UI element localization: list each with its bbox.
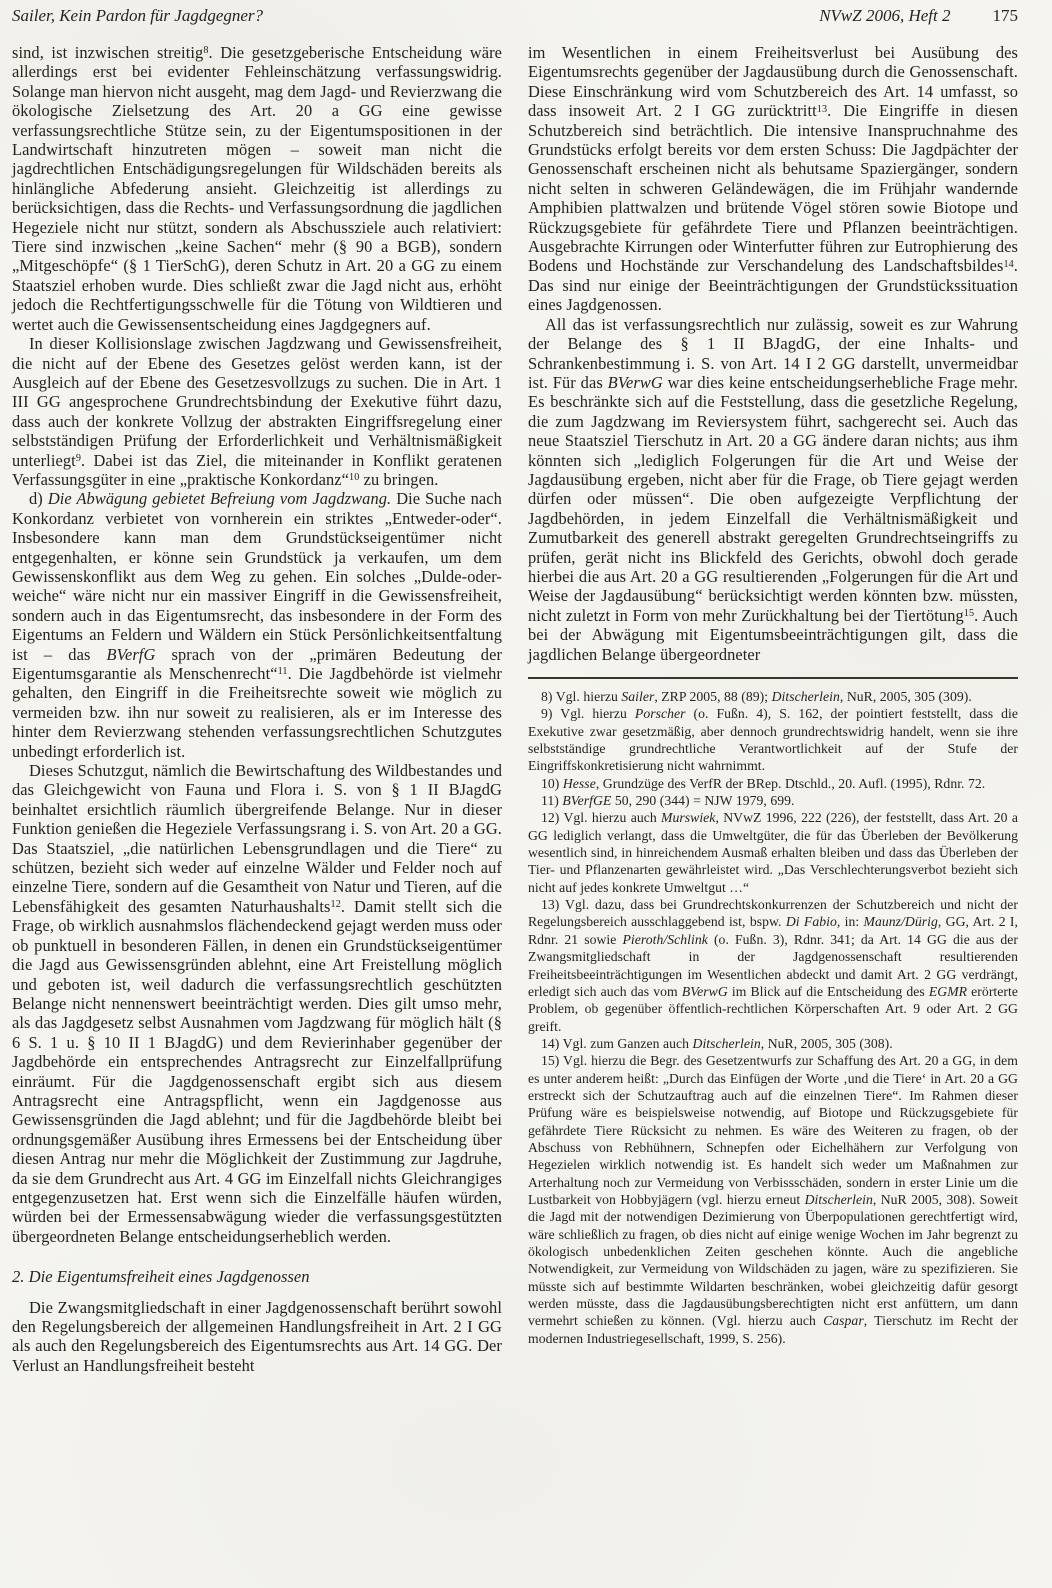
footnote-ref: 14 (1003, 259, 1013, 270)
running-title: Sailer, Kein Pardon für Jagdgegner? (12, 5, 263, 27)
section-heading: 2. Die Eigentumsfreiheit eines Jagdgenos… (12, 1267, 502, 1286)
footnote-ref: 13 (817, 104, 827, 115)
footnote-ref: 15 (964, 608, 974, 619)
footnote-ref: 10 (349, 472, 359, 483)
journal-page: Sailer, Kein Pardon für Jagdgegner? NVwZ… (0, 0, 1052, 1588)
journal-issue-label: NVwZ 2006, Heft 2 (819, 5, 950, 27)
two-column-body: sind, ist inzwischen streitig8. Die gese… (12, 43, 1018, 1375)
footnote: 12) Vgl. hierzu auch Murswiek, NVwZ 1996… (528, 809, 1018, 896)
right-column-text: im Wesentlichen in einem Freiheitsverlus… (528, 43, 1018, 664)
page-header: Sailer, Kein Pardon für Jagdgegner? NVwZ… (12, 5, 1018, 27)
journal-reference: NVwZ 2006, Heft 2 175 (819, 5, 1018, 27)
paragraph: sind, ist inzwischen streitig8. Die gese… (12, 43, 502, 334)
paragraph: d) Die Abwägung gebietet Befreiung vom J… (12, 489, 502, 761)
footnote-ref: 12 (331, 899, 341, 910)
footnote: 10) Hesse, Grundzüge des VerfR der BRep.… (528, 775, 1018, 792)
footnote-ref: 8 (203, 45, 208, 56)
footnote: 15) Vgl. hierzu die Begr. des Gesetzentw… (528, 1052, 1018, 1347)
footnote: 13) Vgl. dazu, dass bei Grundrechtskonku… (528, 896, 1018, 1035)
left-column: sind, ist inzwischen streitig8. Die gese… (12, 43, 502, 1375)
footnote-ref: 9 (76, 453, 81, 464)
paragraph: Dieses Schutzgut, nämlich die Bewirtscha… (12, 761, 502, 1246)
paragraph: im Wesentlichen in einem Freiheitsverlus… (528, 43, 1018, 315)
page-number: 175 (993, 5, 1019, 27)
paragraph: Die Zwangsmitgliedschaft in einer Jagdge… (12, 1298, 502, 1376)
footnote: 8) Vgl. hierzu Sailer, ZRP 2005, 88 (89)… (528, 688, 1018, 705)
footnote-ref: 11 (278, 666, 288, 677)
paragraph: In dieser Kollisionslage zwischen Jagdzw… (12, 334, 502, 489)
footnote: 9) Vgl. hierzu Porscher (o. Fußn. 4), S.… (528, 705, 1018, 774)
footnotes-section: 8) Vgl. hierzu Sailer, ZRP 2005, 88 (89)… (528, 677, 1018, 1347)
footnote: 14) Vgl. zum Ganzen auch Ditscherlein, N… (528, 1035, 1018, 1052)
paragraph: All das ist verfassungsrechtlich nur zul… (528, 315, 1018, 664)
right-column: im Wesentlichen in einem Freiheitsverlus… (528, 43, 1018, 1375)
footnote: 11) BVerfGE 50, 290 (344) = NJW 1979, 69… (528, 792, 1018, 809)
